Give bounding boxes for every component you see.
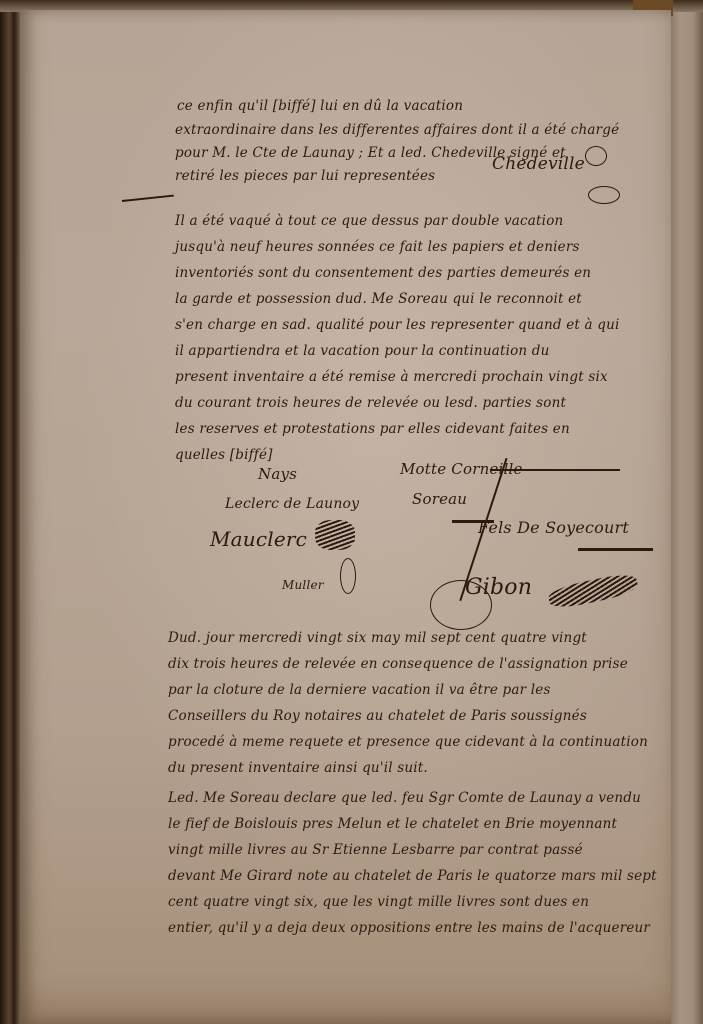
text-line: extraordinaire dans les differentes affa… bbox=[175, 122, 619, 138]
signature-flourish bbox=[588, 186, 620, 204]
signature: Soreau bbox=[412, 490, 467, 508]
separator-line bbox=[122, 195, 174, 202]
text-line: Il a été vaqué à tout ce que dessus par … bbox=[175, 213, 563, 229]
text-line: Led. Me Soreau declare que led. feu Sgr … bbox=[168, 790, 641, 806]
signature-underline bbox=[578, 548, 653, 551]
signature: Fels De Soyecourt bbox=[478, 518, 629, 537]
text-line: il appartiendra et la vacation pour la c… bbox=[175, 343, 550, 359]
signature: Leclerc de Launoy bbox=[225, 496, 359, 512]
text-line: vingt mille livres au Sr Etienne Lesbarr… bbox=[168, 842, 583, 858]
text-line: la garde et possession dud. Me Soreau qu… bbox=[175, 291, 582, 307]
text-line: cent quatre vingt six, que les vingt mil… bbox=[168, 894, 589, 910]
manuscript-page: ce enfin qu'il [biffé] lui en dû la vaca… bbox=[20, 10, 671, 1024]
text-line: jusqu'à neuf heures sonnées ce fait les … bbox=[175, 239, 580, 255]
signature-underline bbox=[490, 469, 620, 471]
text-line: devant Me Girard note au chatelet de Par… bbox=[168, 868, 657, 884]
text-line: procedé à meme requete et presence que c… bbox=[168, 734, 648, 750]
text-line: entier, qu'il y a deja deux oppositions … bbox=[168, 920, 650, 936]
text-line: ce enfin qu'il [biffé] lui en dû la vaca… bbox=[177, 98, 463, 114]
text-line: inventoriés sont du consentement des par… bbox=[175, 265, 591, 281]
text-line: le fief de Boislouis pres Melun et le ch… bbox=[168, 816, 617, 832]
signature-paraph bbox=[315, 520, 355, 550]
signature-flourish bbox=[340, 558, 356, 594]
text-line: dix trois heures de relevée en consequen… bbox=[168, 656, 628, 672]
text-line: du courant trois heures de relevée ou le… bbox=[175, 395, 566, 411]
text-line: quelles [biffé] bbox=[175, 447, 273, 463]
text-line: par la cloture de la derniere vacation i… bbox=[168, 682, 551, 698]
text-line: les reserves et protestations par elles … bbox=[175, 421, 570, 437]
text-line: retiré les pieces par lui representées bbox=[175, 168, 435, 184]
signature: Mauclerc bbox=[210, 527, 307, 551]
signature: Nays bbox=[258, 465, 297, 483]
signature-flourish bbox=[430, 580, 492, 630]
text-line: Dud. jour mercredi vingt six may mil sep… bbox=[168, 630, 587, 646]
facing-page-edge bbox=[671, 0, 703, 1024]
signature-paraph bbox=[547, 571, 640, 611]
text-line: Conseillers du Roy notaires au chatelet … bbox=[168, 708, 587, 724]
signature-chedeville: Chedeville bbox=[492, 154, 585, 174]
signature-flourish bbox=[585, 146, 607, 166]
text-line: present inventaire a été remise à mercre… bbox=[175, 369, 608, 385]
text-line: du present inventaire ainsi qu'il suit. bbox=[168, 760, 428, 776]
signature: Muller bbox=[282, 578, 324, 592]
text-line: s'en charge en sad. qualité pour les rep… bbox=[175, 317, 620, 333]
